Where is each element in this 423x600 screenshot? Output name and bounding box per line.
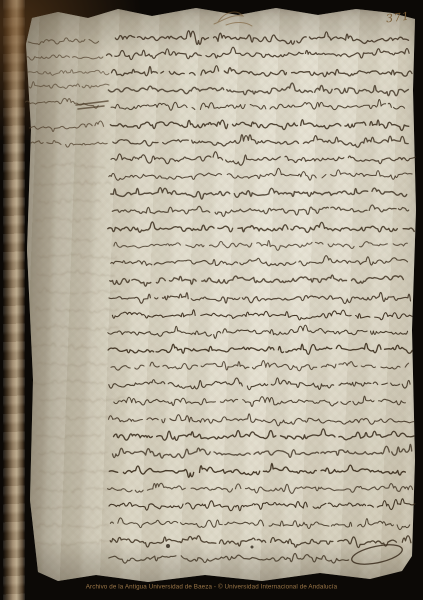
handwriting-line	[39, 288, 121, 294]
handwriting-line	[109, 168, 412, 180]
archive-watermark: Archivo de la Antigua Universidad de Bae…	[47, 583, 377, 590]
handwriting-line	[108, 325, 408, 338]
bleed-through-text	[32, 162, 124, 546]
handwriting-line	[111, 100, 405, 111]
handwriting-line	[108, 483, 413, 493]
handwriting-line	[37, 324, 119, 330]
handwriting-line	[41, 162, 105, 168]
handwriting-line	[35, 180, 111, 185]
handwriting-line	[112, 205, 408, 216]
handwriting-line	[112, 66, 413, 77]
ink-speck	[166, 544, 170, 548]
handwriting-line	[37, 362, 108, 367]
handwriting-line	[40, 415, 112, 420]
handwriting-line	[113, 444, 412, 458]
handwriting-line	[109, 378, 410, 390]
cross-flourish-mark	[214, 12, 252, 26]
handwriting-line	[38, 237, 96, 242]
handwriting-line	[111, 152, 415, 166]
handwriting-line	[110, 275, 407, 286]
handwriting-line	[114, 396, 406, 406]
handwriting-line	[29, 121, 103, 131]
body-text	[107, 31, 416, 563]
handwriting-line	[109, 463, 410, 477]
handwriting-line	[29, 82, 109, 89]
handwriting-line	[28, 38, 98, 45]
handwriting-line	[108, 83, 408, 96]
handwriting-line	[107, 47, 410, 59]
handwriting-line	[33, 343, 97, 349]
handwriting-line	[111, 361, 409, 371]
handwriting-line	[37, 254, 117, 259]
handwriting-line	[31, 141, 107, 148]
ink-speck	[251, 546, 254, 549]
handwriting-line	[109, 554, 349, 564]
handwriting-line	[33, 506, 104, 510]
handwriting-line	[108, 343, 412, 354]
handwriting-line	[37, 435, 101, 439]
manuscript-scan-photo: 371 Archivo de la Antigua Universidad de…	[0, 0, 423, 600]
handwriting-line	[110, 518, 409, 530]
handwriting-line	[110, 120, 414, 131]
handwriting-line	[39, 199, 101, 204]
handwriting-line	[111, 256, 408, 266]
handwriting-line	[38, 451, 107, 454]
handwriting-line	[111, 188, 407, 199]
handwriting-line	[36, 487, 121, 492]
margin-notes	[26, 38, 110, 147]
handwriting-line	[39, 470, 116, 475]
handwriting-line	[35, 523, 109, 528]
handwriting-line	[28, 70, 109, 76]
handwriting-line	[109, 292, 411, 303]
handwriting-line	[112, 310, 412, 320]
handwriting-ink-layer	[0, 0, 423, 600]
handwriting-line	[27, 55, 103, 60]
handwriting-line	[114, 241, 413, 251]
signature-flourish	[352, 545, 403, 564]
handwriting-line	[108, 222, 414, 232]
handwriting-line	[113, 135, 411, 148]
handwriting-line	[114, 429, 414, 440]
handwriting-line	[110, 536, 411, 548]
handwriting-line	[35, 217, 101, 223]
handwriting-line	[36, 307, 118, 313]
handwriting-line	[109, 499, 415, 511]
handwriting-line	[37, 270, 115, 276]
handwriting-line	[32, 380, 103, 385]
handwriting-line	[115, 31, 408, 45]
handwriting-line	[41, 397, 125, 402]
handwriting-line	[109, 414, 414, 426]
handwriting-line	[35, 540, 117, 546]
